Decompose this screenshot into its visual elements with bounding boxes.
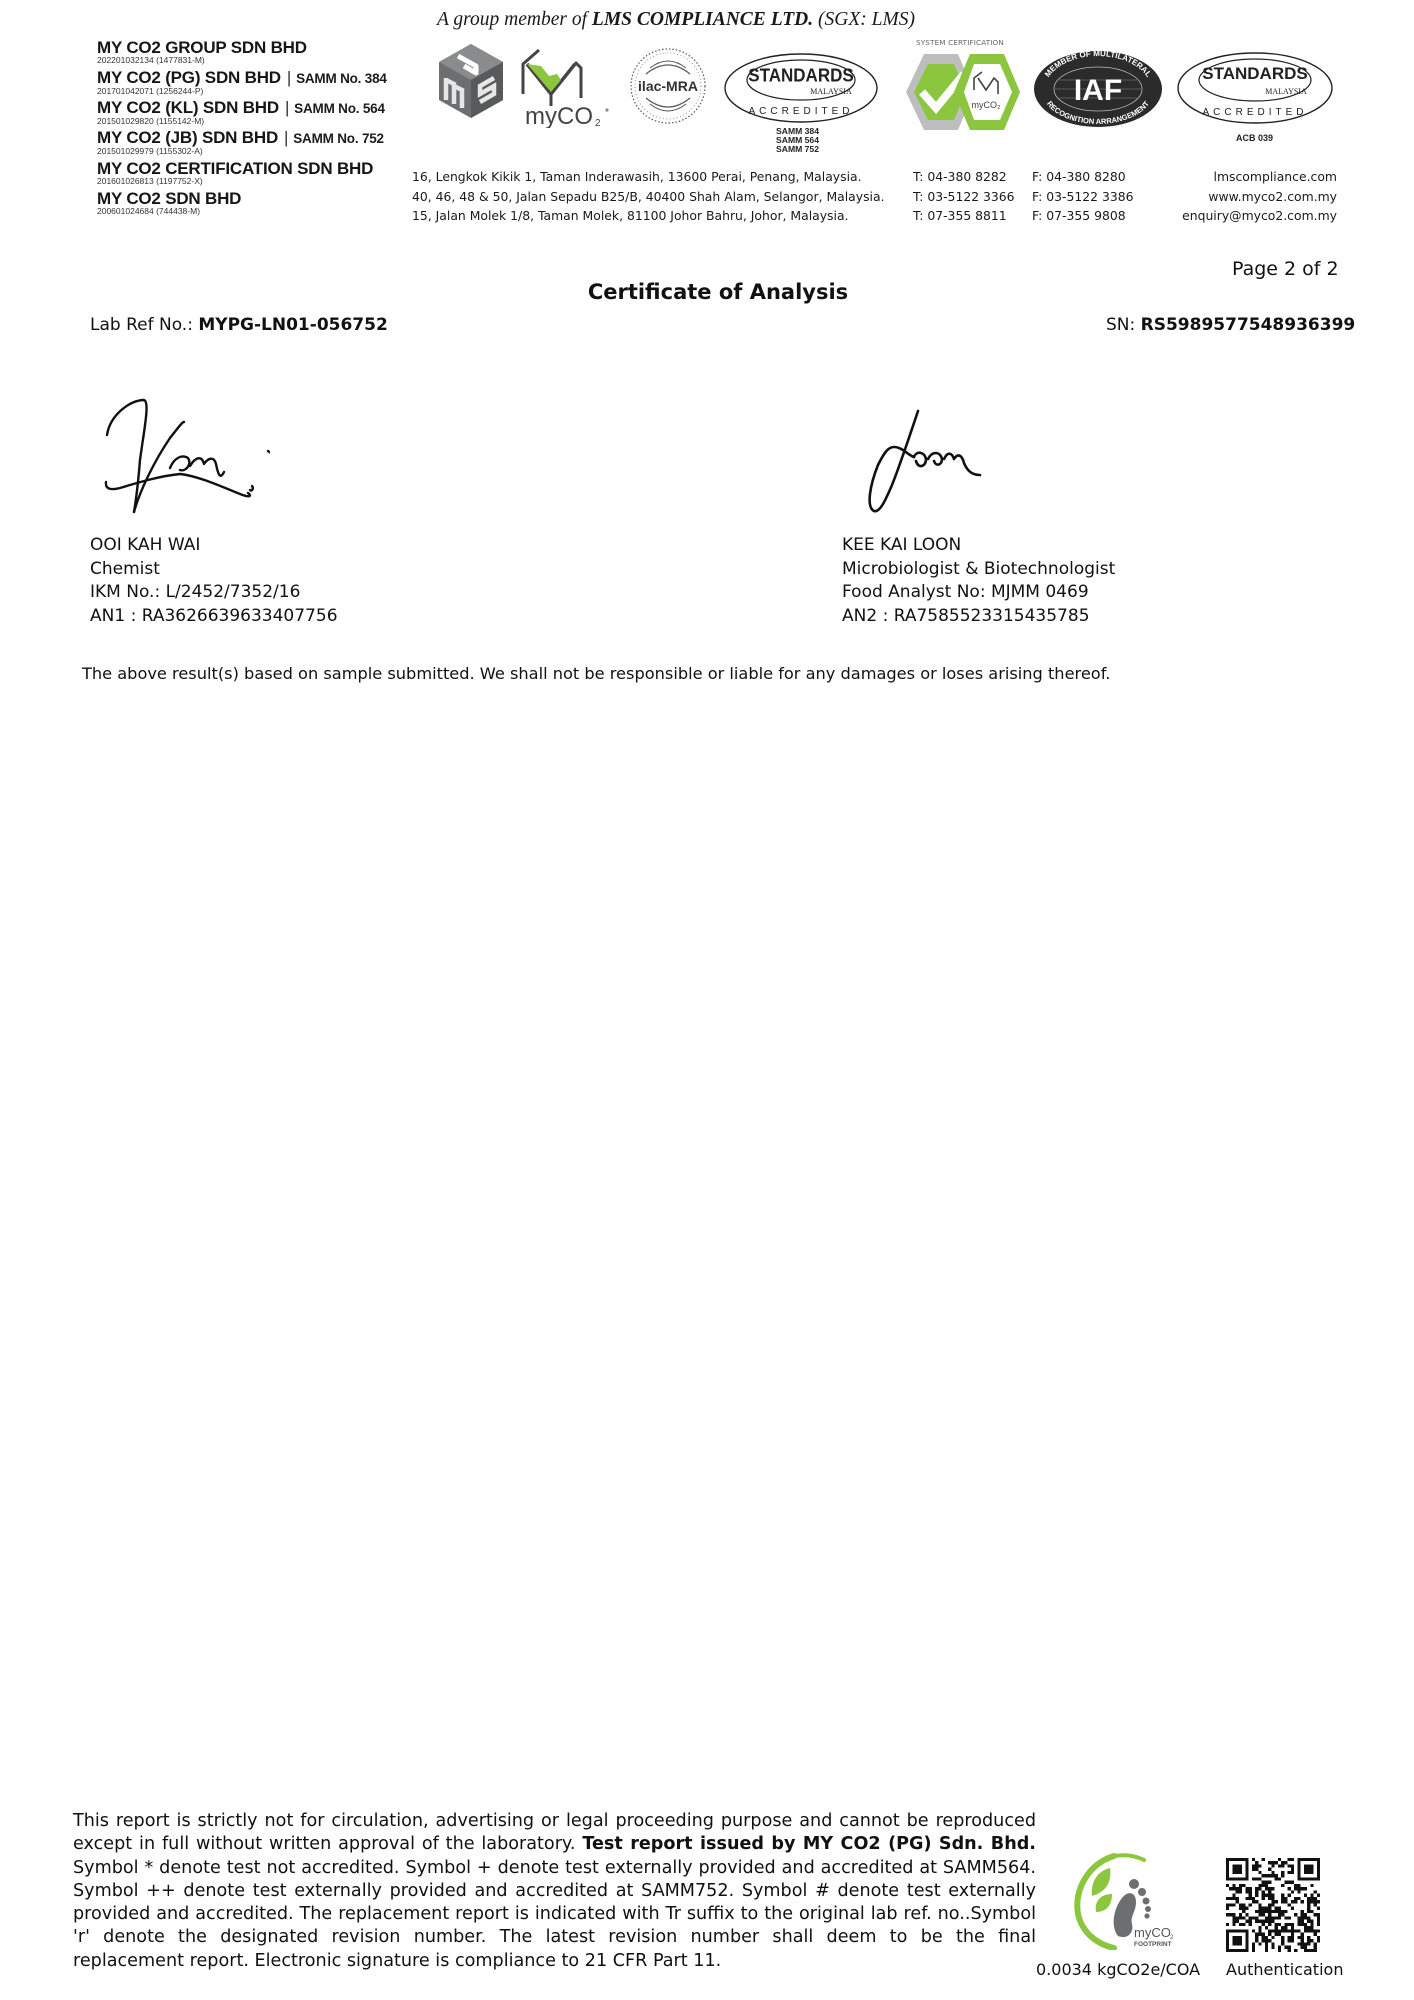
svg-text:MALAYSIA: MALAYSIA bbox=[1265, 87, 1307, 96]
company-registration: 201601026813 (1197752-X) bbox=[97, 177, 373, 186]
results-disclaimer: The above result(s) based on sample subm… bbox=[82, 664, 1110, 683]
company-registration: 201501029820 (1155142-M) bbox=[97, 117, 385, 126]
myco2-footprint-logo: myCO 2 FOOTPRINT bbox=[1070, 1850, 1180, 1950]
address-selangor: 40, 46, 48 & 50, Jalan Sepadu B25/B, 404… bbox=[412, 187, 885, 207]
group-member-suffix: (SGX: LMS) bbox=[813, 9, 915, 30]
svg-text:FOOTPRINT: FOOTPRINT bbox=[1134, 1941, 1172, 1948]
authentication-qr-code[interactable] bbox=[1226, 1858, 1320, 1952]
svg-text:myCO₂: myCO₂ bbox=[972, 100, 1001, 110]
svg-text:MALAYSIA: MALAYSIA bbox=[810, 87, 852, 96]
svg-text:ACCREDITED: ACCREDITED bbox=[748, 106, 853, 117]
phone-list: T: 04-380 8282 T: 03-5122 3366 T: 07-355… bbox=[913, 167, 1015, 226]
svg-text:IAF: IAF bbox=[1074, 74, 1122, 107]
fax-list: F: 04-380 8280 F: 03-5122 3386 F: 07-355… bbox=[1032, 167, 1134, 226]
signatory-title: Chemist bbox=[90, 558, 338, 582]
acb-code: ACB 039 bbox=[1236, 133, 1273, 143]
samm-item: SAMM 752 bbox=[776, 145, 819, 154]
signatory-ooi-kah-wai: OOI KAH WAI Chemist IKM No.: L/2452/7352… bbox=[90, 534, 338, 628]
sn-label: SN: bbox=[1106, 315, 1141, 335]
phone-number: T: 03-5122 3366 bbox=[913, 187, 1015, 207]
standards-malaysia-acb-logo: STANDARDS MALAYSIA ACCREDITED bbox=[1176, 51, 1334, 125]
lab-ref-value: MYPG-LN01-056752 bbox=[198, 315, 387, 335]
group-member-prefix: A group member of bbox=[437, 9, 592, 30]
samm-number: SAMM No. 752 bbox=[293, 131, 384, 146]
lms-logo-icon bbox=[436, 42, 506, 120]
signatory-name: OOI KAH WAI bbox=[90, 534, 338, 558]
svg-text:myCO: myCO bbox=[525, 103, 593, 128]
myco2-logo: myCO 2 bbox=[517, 44, 617, 128]
system-certification-logo: myCO₂ bbox=[902, 50, 1024, 134]
company-entry: MY CO2 CERTIFICATION SDN BHD 20160102681… bbox=[97, 160, 373, 186]
email-link[interactable]: enquiry@myco2.com.my bbox=[1150, 206, 1337, 226]
signatory-name: KEE KAI LOON bbox=[842, 534, 1115, 558]
footprint-icon: myCO 2 FOOTPRINT bbox=[1070, 1850, 1180, 1950]
sn-value: RS5989577548936399 bbox=[1141, 315, 1356, 335]
samm-number: SAMM No. 564 bbox=[294, 101, 385, 116]
phone-number: T: 07-355 8811 bbox=[913, 206, 1015, 226]
lab-ref-label: Lab Ref No.: bbox=[90, 315, 198, 335]
svg-text:STANDARDS: STANDARDS bbox=[1202, 64, 1307, 83]
qr-code-icon[interactable] bbox=[1226, 1858, 1320, 1952]
company-registration: 200601024684 (744438-M) bbox=[97, 207, 241, 216]
svg-text:STANDARDS: STANDARDS bbox=[748, 65, 853, 86]
company-entry: MY CO2 SDN BHD 200601024684 (744438-M) bbox=[97, 190, 241, 216]
footer-legal-notice: This report is strictly not for circulat… bbox=[73, 1810, 1036, 1973]
web-contact-list: lmscompliance.com www.myco2.com.my enqui… bbox=[1150, 167, 1337, 226]
page-number: Page 2 of 2 bbox=[1232, 258, 1339, 280]
signatory-kee-kai-loon: KEE KAI LOON Microbiologist & Biotechnol… bbox=[842, 534, 1115, 628]
phone-number: T: 04-380 8282 bbox=[913, 167, 1015, 187]
address-penang: 16, Lengkok Kikik 1, Taman Inderawasih, … bbox=[412, 167, 885, 187]
company-registration: 201501029979 (1155302-A) bbox=[97, 147, 384, 156]
system-certification-label: SYSTEM CERTIFICATION bbox=[916, 38, 1004, 47]
address-johor: 15, Jalan Molek 1/8, Taman Molek, 81100 … bbox=[412, 206, 885, 226]
fax-number: F: 07-355 9808 bbox=[1032, 206, 1134, 226]
document-title: Certificate of Analysis bbox=[0, 280, 1414, 304]
address-list: 16, Lengkok Kikik 1, Taman Inderawasih, … bbox=[412, 167, 885, 226]
fax-number: F: 04-380 8280 bbox=[1032, 167, 1134, 187]
footer-issuer: Test report issued by MY CO2 (PG) Sdn. B… bbox=[582, 1834, 1036, 1854]
lab-reference: Lab Ref No.: MYPG-LN01-056752 bbox=[90, 315, 388, 335]
standards-malaysia-logo: STANDARDS MALAYSIA ACCREDITED bbox=[723, 52, 879, 124]
signatory-auth-number: AN2 : RA7585523315435785 bbox=[842, 605, 1115, 629]
company-name: MY CO2 (KL) SDN BHD bbox=[97, 98, 279, 117]
parent-company: LMS COMPLIANCE LTD. bbox=[592, 9, 813, 30]
company-entry: MY CO2 (KL) SDN BHD|SAMM No. 564 2015010… bbox=[97, 99, 385, 126]
company-registration: 201701042071 (1256244-P) bbox=[97, 87, 387, 96]
samm-number: SAMM No. 384 bbox=[296, 71, 387, 86]
company-entry: MY CO2 GROUP SDN BHD 202201032134 (14778… bbox=[97, 39, 307, 65]
check-hexagon-icon: myCO₂ bbox=[902, 50, 1024, 134]
group-member-line: A group member of LMS COMPLIANCE LTD. (S… bbox=[437, 9, 915, 31]
ilac-mra-logo: ilac-MRA bbox=[628, 46, 708, 126]
company-name: MY CO2 (PG) SDN BHD bbox=[97, 68, 281, 87]
myco2-mark-icon: myCO 2 bbox=[517, 44, 617, 128]
carbon-footprint-value: 0.0034 kgCO2e/COA bbox=[1036, 1960, 1200, 1979]
iaf-logo: IAF MEMBER OF MULTILATERAL RECOGNITION A… bbox=[1033, 50, 1163, 128]
svg-text:2: 2 bbox=[595, 118, 601, 128]
authentication-label: Authentication bbox=[1226, 1960, 1343, 1979]
company-entry: MY CO2 (JB) SDN BHD|SAMM No. 752 2015010… bbox=[97, 129, 384, 156]
samm-accreditation-list: SAMM 384 SAMM 564 SAMM 752 bbox=[776, 127, 819, 155]
website-link[interactable]: www.myco2.com.my bbox=[1150, 187, 1337, 207]
serial-number: SN: RS5989577548936399 bbox=[1106, 315, 1355, 335]
svg-text:ACCREDITED: ACCREDITED bbox=[1202, 107, 1307, 118]
company-name: MY CO2 (JB) SDN BHD bbox=[97, 128, 278, 147]
signature-ooi-kah-wai bbox=[100, 390, 270, 525]
signatory-registration: IKM No.: L/2452/7352/16 bbox=[90, 581, 338, 605]
svg-text:ilac-MRA: ilac-MRA bbox=[638, 78, 698, 94]
company-entry: MY CO2 (PG) SDN BHD|SAMM No. 384 2017010… bbox=[97, 69, 387, 96]
fax-number: F: 03-5122 3386 bbox=[1032, 187, 1134, 207]
signatory-auth-number: AN1 : RA3626639633407756 bbox=[90, 605, 338, 629]
svg-text:myCO: myCO bbox=[1134, 1925, 1171, 1940]
company-registration: 202201032134 (1477831-M) bbox=[97, 56, 307, 65]
signatory-title: Microbiologist & Biotechnologist bbox=[842, 558, 1115, 582]
website-link[interactable]: lmscompliance.com bbox=[1150, 167, 1337, 187]
footer-text-part2: Symbol * denote test not accredited. Sym… bbox=[73, 1858, 1036, 1971]
signatory-registration: Food Analyst No: MJMM 0469 bbox=[842, 581, 1115, 605]
signature-kee-kai-loon bbox=[852, 395, 1002, 520]
ilac-seal-icon: ilac-MRA bbox=[628, 46, 708, 126]
